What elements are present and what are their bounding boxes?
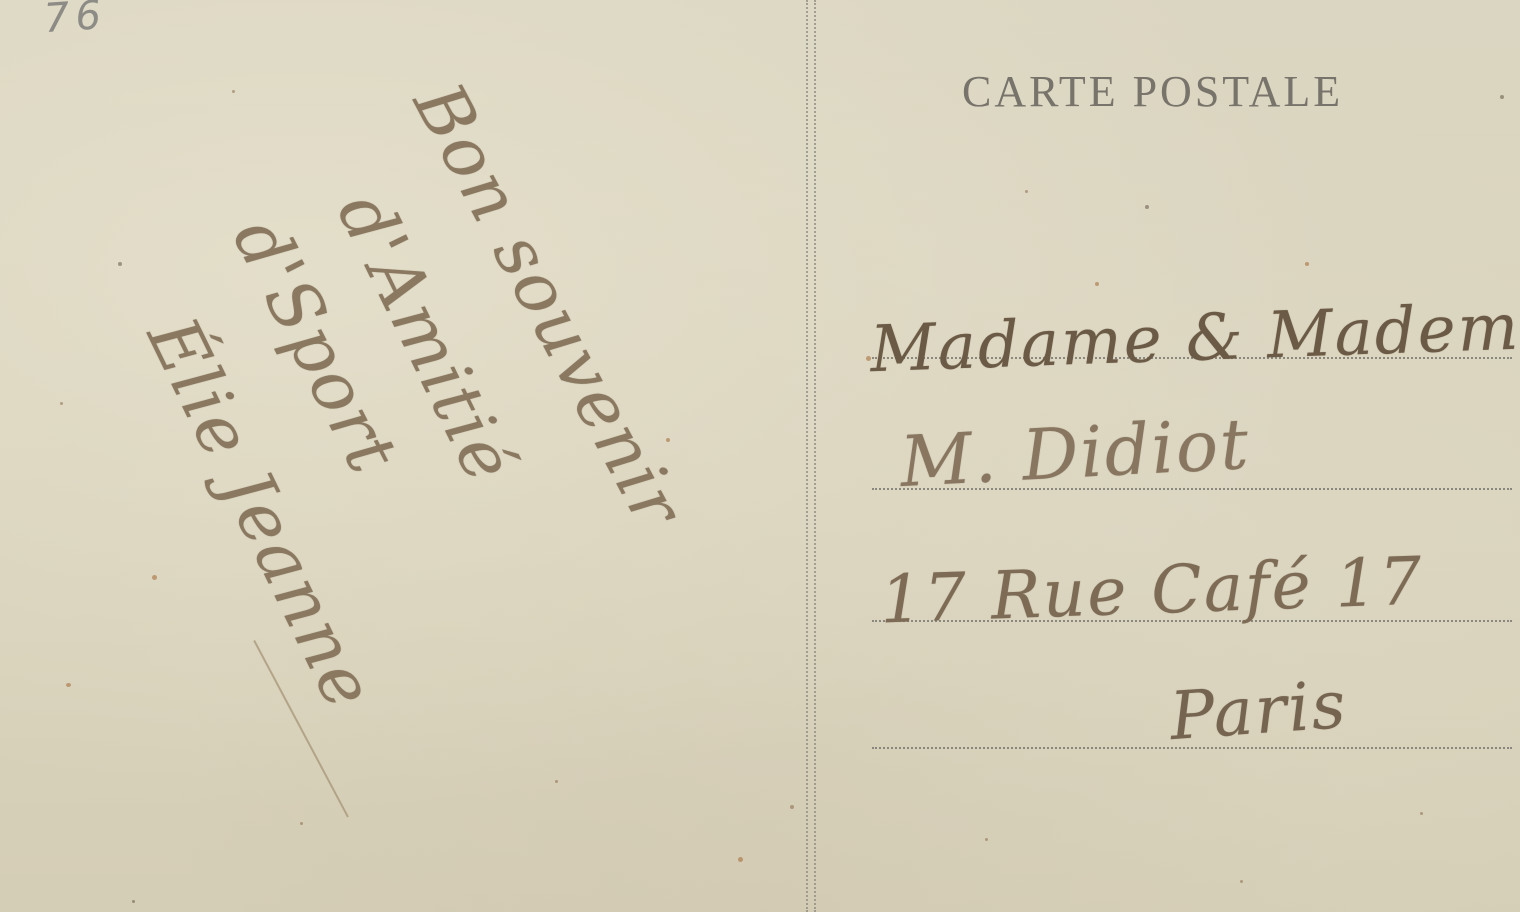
address-line-recipient: Madame & Mademoiselle: [869, 283, 1520, 387]
postcard-back: 76 CARTE POSTALE Madame & Mademoiselle M…: [0, 0, 1520, 912]
address-line-city: Paris: [1168, 666, 1350, 755]
speck: [985, 838, 988, 841]
speck: [1420, 812, 1423, 815]
center-divider-line: [806, 0, 808, 912]
speck: [1305, 262, 1309, 266]
speck: [1240, 880, 1243, 883]
speck: [1025, 190, 1028, 193]
address-line-street: 17 Rue Café 17: [879, 543, 1425, 639]
center-divider-line: [814, 0, 816, 912]
handwritten-message: Bon souvenir d'Amitié d'Sport Élie Jeann…: [0, 0, 800, 912]
card-heading: CARTE POSTALE: [962, 66, 1343, 117]
speck: [1500, 95, 1504, 99]
speck: [1145, 205, 1149, 209]
speck: [1095, 282, 1099, 286]
